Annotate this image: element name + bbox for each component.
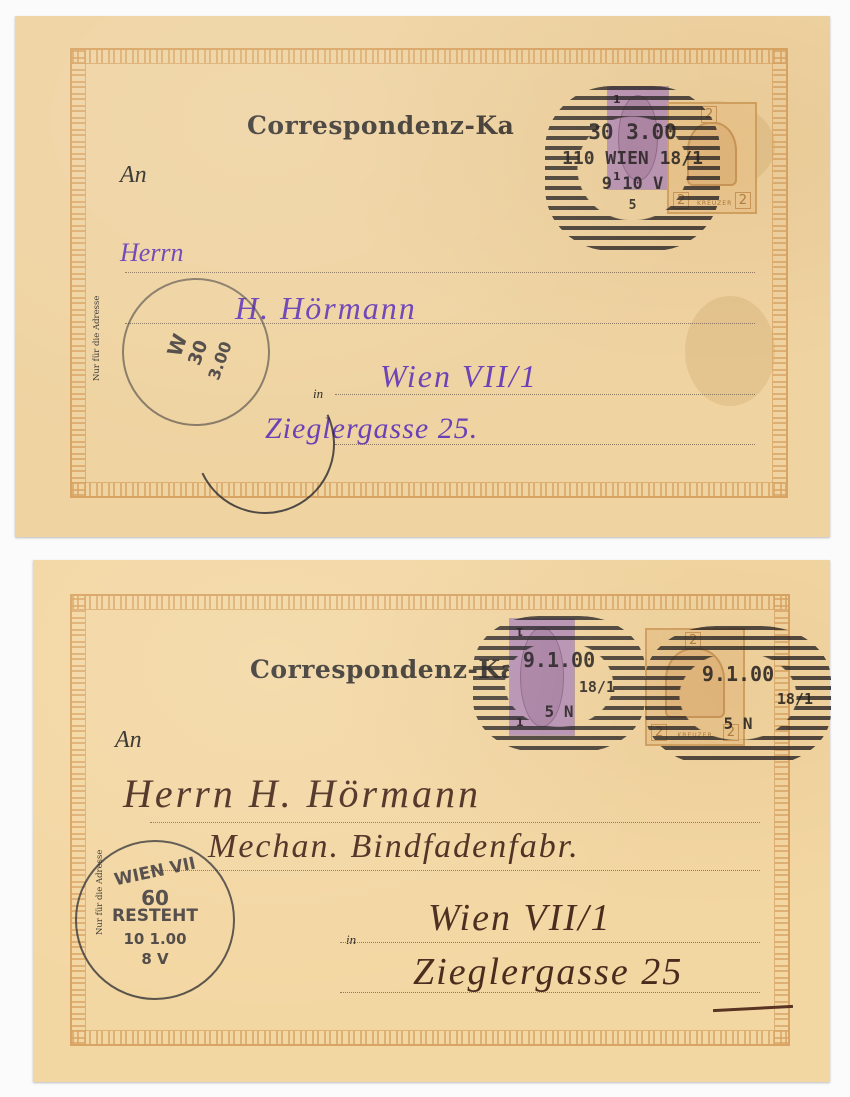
address-only-label: Nur für die Adresse <box>92 296 102 381</box>
postcard-1: Correspondenz-Ka An Nur für die Adresse … <box>15 16 830 537</box>
place-prefix-in: in <box>346 932 356 948</box>
salutation-an: An <box>120 162 147 189</box>
handwritten-address-line-3: Wien VII/1 <box>380 358 538 395</box>
address-line <box>340 942 760 943</box>
cancellation-mark: 9.1.00 18/1 5 N <box>645 626 831 766</box>
card-title: Correspondenz-Ka <box>247 111 514 140</box>
postcard-2: Correspondenz-Ka An Nur für die Adresse … <box>33 560 830 1082</box>
address-line <box>150 870 760 871</box>
handwritten-address-line-1: Herrn H. Hörmann <box>123 770 481 817</box>
address-line <box>125 272 755 273</box>
cancellation-mark: 30 3.00 110 WIEN 18/1 9 10 V 5 <box>545 86 720 251</box>
handwritten-address-line-1: Herrn <box>120 238 184 268</box>
arrival-postmark: WIEN VII 60 RESTEHT 10 1.00 8 V <box>75 840 235 1000</box>
address-line <box>150 822 760 823</box>
cancellation-mark: 9.1.00 18/1 5 N <box>473 616 645 752</box>
handwritten-address-line-4: Zieglergasse 25 <box>413 950 683 994</box>
salutation-an: An <box>115 727 142 754</box>
handwritten-address-line-3: Wien VII/1 <box>428 896 612 940</box>
handwritten-address-line-2: Mechan. Bindfadenfabr. <box>208 828 580 866</box>
